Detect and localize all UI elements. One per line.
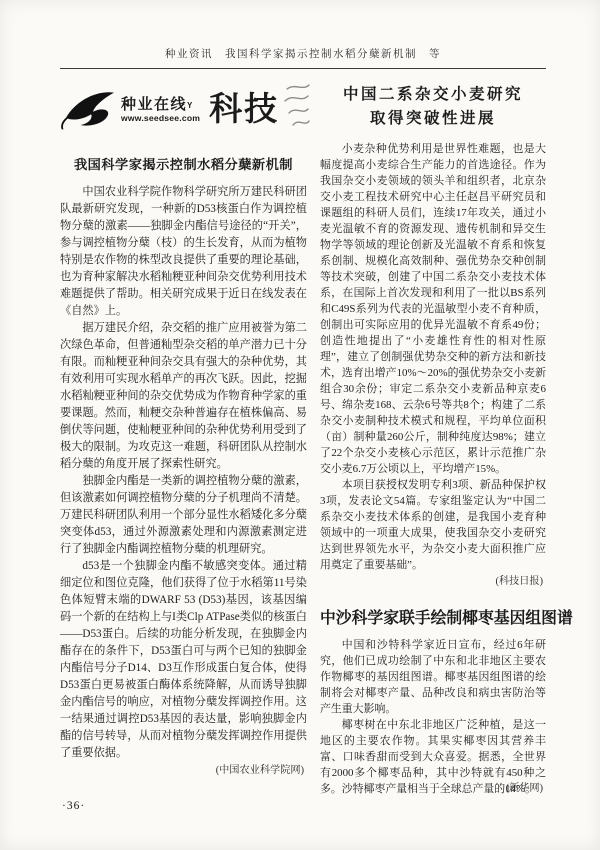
logo-trade-mark: Y bbox=[187, 101, 194, 110]
article1-paragraph-1: 中国农业科学院作物科学研究所万建民科研团队最新研究发现，一种新的D53核蛋白作为… bbox=[60, 184, 307, 320]
article2-paragraph-1: 小麦杂种优势利用是世界性难题，也是大幅度提高小麦综合生产能力的首选途径。作为我国… bbox=[320, 141, 546, 477]
seedsee-logo: 种业在线Y www.seedsee.com 科技 bbox=[60, 81, 307, 139]
article2-title: 中国二系杂交小麦研究 取得突破性进展 bbox=[320, 83, 546, 131]
article1-paragraph-3: 独脚金内酯是一类新的调控植物分蘖的激素，但该激素如何调控植物分蘖的分子机理尚不清… bbox=[60, 473, 307, 558]
two-column-layout: 种业在线Y www.seedsee.com 科技 我国科学家揭示控制水稻分蘖新机… bbox=[60, 79, 546, 797]
article1-source: (中国农业科学院网) bbox=[60, 762, 307, 779]
swoosh-swan-icon bbox=[60, 86, 120, 134]
brush-scribble-icon bbox=[281, 83, 311, 135]
running-head: 种业资讯 我国科学家揭示控制水稻分蘖新机制 等 bbox=[60, 46, 546, 61]
logo-tagline: 科技 bbox=[209, 94, 279, 127]
header-divider bbox=[60, 68, 546, 69]
page-number: ·36· bbox=[62, 800, 85, 812]
logo-brand-name: 种业在线Y bbox=[121, 97, 200, 114]
left-column: 种业在线Y www.seedsee.com 科技 我国科学家揭示控制水稻分蘖新机… bbox=[60, 79, 307, 797]
article2-title-line1: 中国二系杂交小麦研究 bbox=[320, 83, 546, 107]
article2-source: (科技日报) bbox=[320, 573, 546, 590]
article1-paragraph-2: 据万建民介绍，杂交稻的推广应用被誉为第二次绿色革命，但普通籼型杂交稻的单产潜力已… bbox=[60, 320, 307, 473]
right-column: 中国二系杂交小麦研究 取得突破性进展 小麦杂种优势利用是世界性难题，也是大幅度提… bbox=[320, 79, 546, 797]
article1-paragraph-4: d53是一个独脚金内酯不敏感突变体。通过精细定位和图位克隆，他们获得了位于水稻第… bbox=[60, 558, 307, 762]
article1-title: 我国科学家揭示控制水稻分蘖新机制 bbox=[60, 154, 307, 173]
article3-title: 中沙科学家联手绘制椰枣基因组图谱 bbox=[320, 605, 546, 628]
article3-paragraph-1: 中国和沙特科学家近日宣布，经过6年研究，他们已成功绘制了中东和北非地区主要农作物… bbox=[320, 637, 546, 717]
article2-paragraph-2: 本项目获授权发明专利3项、新品种保护权3项，发表论文54篇。专家组鉴定认为“中国… bbox=[320, 477, 546, 573]
magazine-page: 种业资讯 我国科学家揭示控制水稻分蘖新机制 等 种业在线Y www.seedse… bbox=[0, 0, 600, 850]
logo-text: 种业在线Y www.seedsee.com bbox=[121, 97, 200, 124]
article2-title-line2: 取得突破性进展 bbox=[320, 107, 546, 131]
logo-website: www.seedsee.com bbox=[121, 114, 200, 123]
